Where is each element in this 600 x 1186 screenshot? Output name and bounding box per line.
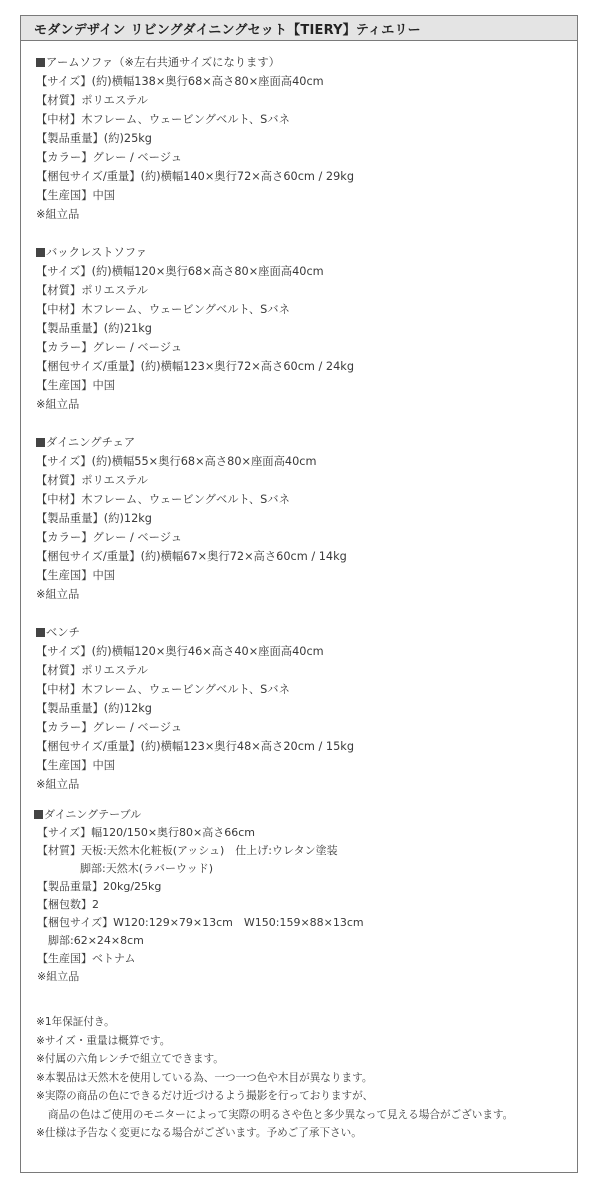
spec-material: 【材質】ポリエステル: [36, 661, 354, 680]
section-heading: ダイニングチェア: [36, 433, 347, 452]
spec-origin: 【生産国】中国: [36, 186, 354, 205]
section-heading: バックレストソファ: [36, 243, 354, 262]
spec-color: 【カラー】グレー / ベージュ: [36, 718, 354, 737]
spec-package: 【梱包サイズ/重量】(約)横幅123×奥行72×高さ60cm / 24kg: [36, 357, 354, 376]
spec-origin: 【生産国】中国: [36, 566, 347, 585]
section-dining-chair: ダイニングチェア 【サイズ】(約)横幅55×奥行68×高さ80×座面高40cm …: [36, 433, 347, 604]
section-heading: ダイニングテーブル: [34, 806, 364, 824]
note-spec-change: ※仕様は予告なく変更になる場合がございます。予めご了承下さい。: [36, 1124, 513, 1143]
section-heading: アームソファ（※左右共通サイズになります）: [36, 53, 354, 72]
notes: ※1年保証付き。 ※サイズ・重量は概算です。 ※付属の六角レンチで組立てできます…: [36, 1013, 513, 1143]
spec-package: 【梱包サイズ/重量】(約)横幅123×奥行48×高さ20cm / 15kg: [36, 737, 354, 756]
spec-weight: 【製品重量】(約)25kg: [36, 129, 354, 148]
spec-color: 【カラー】グレー / ベージュ: [36, 338, 354, 357]
spec-size: 【サイズ】(約)横幅55×奥行68×高さ80×座面高40cm: [36, 452, 347, 471]
spec-assembly: ※組立品: [34, 968, 364, 986]
spec-assembly: ※組立品: [36, 395, 354, 414]
spec-size: 【サイズ】(約)横幅120×奥行46×高さ40×座面高40cm: [36, 642, 354, 661]
section-bench: ベンチ 【サイズ】(約)横幅120×奥行46×高さ40×座面高40cm 【材質】…: [36, 623, 354, 794]
spec-filling: 【中材】木フレーム、ウェービングベルト、Sバネ: [36, 490, 347, 509]
spec-package: 【梱包サイズ/重量】(約)横幅140×奥行72×高さ60cm / 29kg: [36, 167, 354, 186]
spec-size: 【サイズ】(約)横幅120×奥行68×高さ80×座面高40cm: [36, 262, 354, 281]
spec-material: 【材質】天板:天然木化粧板(アッシュ) 仕上げ:ウレタン塗装: [34, 842, 364, 860]
spec-color: 【カラー】グレー / ベージュ: [36, 528, 347, 547]
note-wrench: ※付属の六角レンチで組立てできます。: [36, 1050, 513, 1069]
spec-material-legs: 脚部:天然木(ラバーウッド): [34, 860, 364, 878]
spec-package-count: 【梱包数】2: [34, 896, 364, 914]
spec-assembly: ※組立品: [36, 585, 347, 604]
spec-filling: 【中材】木フレーム、ウェービングベルト、Sバネ: [36, 300, 354, 319]
spec-size: 【サイズ】幅120/150×奥行80×高さ66cm: [34, 824, 364, 842]
spec-package: 【梱包サイズ/重量】(約)横幅67×奥行72×高さ60cm / 14kg: [36, 547, 347, 566]
spec-weight: 【製品重量】20kg/25kg: [34, 878, 364, 896]
section-heading: ベンチ: [36, 623, 354, 642]
section-backrest-sofa: バックレストソファ 【サイズ】(約)横幅120×奥行68×高さ80×座面高40c…: [36, 243, 354, 414]
note-warranty: ※1年保証付き。: [36, 1013, 513, 1032]
spec-assembly: ※組立品: [36, 205, 354, 224]
spec-package-legs: 脚部:62×24×8cm: [34, 932, 364, 950]
page-title: モダンデザイン リビングダイニングセット【TIERY】ティエリー: [34, 19, 421, 38]
spec-size: 【サイズ】(約)横幅138×奥行68×高さ80×座面高40cm: [36, 72, 354, 91]
spec-assembly: ※組立品: [36, 775, 354, 794]
spec-weight: 【製品重量】(約)21kg: [36, 319, 354, 338]
spec-package-size: 【梱包サイズ】W120:129×79×13cm W150:159×88×13cm: [34, 914, 364, 932]
spec-material: 【材質】ポリエステル: [36, 471, 347, 490]
note-natural-wood: ※本製品は天然木を使用している為、一つ一つ色や木目が異なります。: [36, 1069, 513, 1088]
section-dining-table: ダイニングテーブル 【サイズ】幅120/150×奥行80×高さ66cm 【材質】…: [34, 806, 364, 986]
square-bullet-icon: [36, 628, 45, 637]
spec-material: 【材質】ポリエステル: [36, 91, 354, 110]
square-bullet-icon: [36, 438, 45, 447]
section-arm-sofa: アームソファ（※左右共通サイズになります） 【サイズ】(約)横幅138×奥行68…: [36, 53, 354, 224]
note-color-2: 商品の色はご使用のモニターによって実際の明るさや色と多少異なって見える場合がござ…: [36, 1106, 513, 1125]
spec-color: 【カラー】グレー / ベージュ: [36, 148, 354, 167]
spec-origin: 【生産国】ベトナム: [34, 950, 364, 968]
spec-weight: 【製品重量】(約)12kg: [36, 509, 347, 528]
spec-material: 【材質】ポリエステル: [36, 281, 354, 300]
spec-origin: 【生産国】中国: [36, 756, 354, 775]
spec-origin: 【生産国】中国: [36, 376, 354, 395]
square-bullet-icon: [36, 58, 45, 67]
spec-filling: 【中材】木フレーム、ウェービングベルト、Sバネ: [36, 110, 354, 129]
square-bullet-icon: [34, 810, 43, 819]
spec-weight: 【製品重量】(約)12kg: [36, 699, 354, 718]
spec-filling: 【中材】木フレーム、ウェービングベルト、Sバネ: [36, 680, 354, 699]
square-bullet-icon: [36, 248, 45, 257]
spec-header: モダンデザイン リビングダイニングセット【TIERY】ティエリー: [21, 16, 577, 41]
note-color-1: ※実際の商品の色にできるだけ近づけるよう撮影を行っておりますが、: [36, 1087, 513, 1106]
note-approximate: ※サイズ・重量は概算です。: [36, 1032, 513, 1051]
